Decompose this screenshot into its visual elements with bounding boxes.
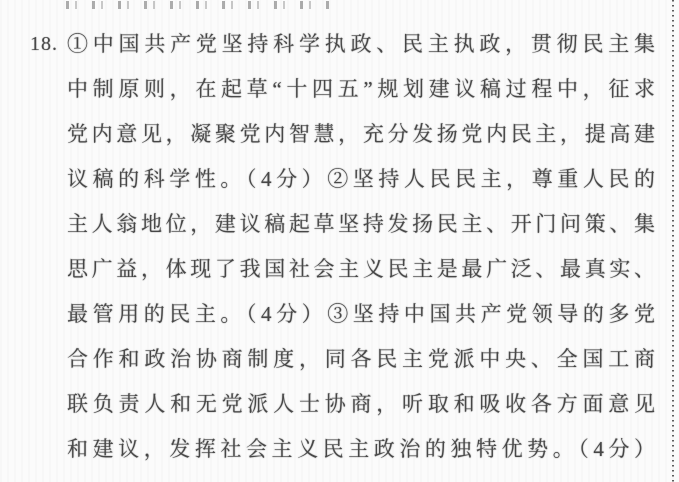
scanned-answer-page: 18. ①中国共产党坚持科学执政、民主执政，贯彻民主集 中制原则，在起草“十四五…: [0, 0, 679, 482]
answer-line: 思广益，体现了我国社会主义民主是最广泛、最真实、: [67, 247, 656, 292]
question-number: 18.: [30, 22, 58, 67]
clipped-previous-line: [66, 1, 334, 9]
answer-text-block: ①中国共产党坚持科学执政、民主执政，贯彻民主集 中制原则，在起草“十四五”规划建…: [67, 22, 656, 472]
answer-line: 合作和政治协商制度，同各民主党派中央、全国工商: [67, 337, 656, 382]
perforation-dotted-line: [672, 0, 674, 482]
answer-line: 议稿的科学性。（4分）②坚持人民民主，尊重人民的: [67, 157, 656, 202]
answer-line: 党内意见，凝聚党内智慧，充分发扬党内民主，提高建: [67, 112, 656, 157]
answer-line: 中制原则，在起草“十四五”规划建议稿过程中，征求: [67, 67, 656, 112]
answer-line: ①中国共产党坚持科学执政、民主执政，贯彻民主集: [67, 22, 656, 67]
answer-line: 和建议，发挥社会主义民主政治的独特优势。（4分）: [67, 427, 656, 472]
answer-line: 最管用的民主。（4分）③坚持中国共产党领导的多党: [67, 292, 656, 337]
answer-line: 主人翁地位，建议稿起草坚持发扬民主、开门问策、集: [67, 202, 656, 247]
answer-line: 联负责人和无党派人士协商，听取和吸收各方面意见: [67, 382, 656, 427]
